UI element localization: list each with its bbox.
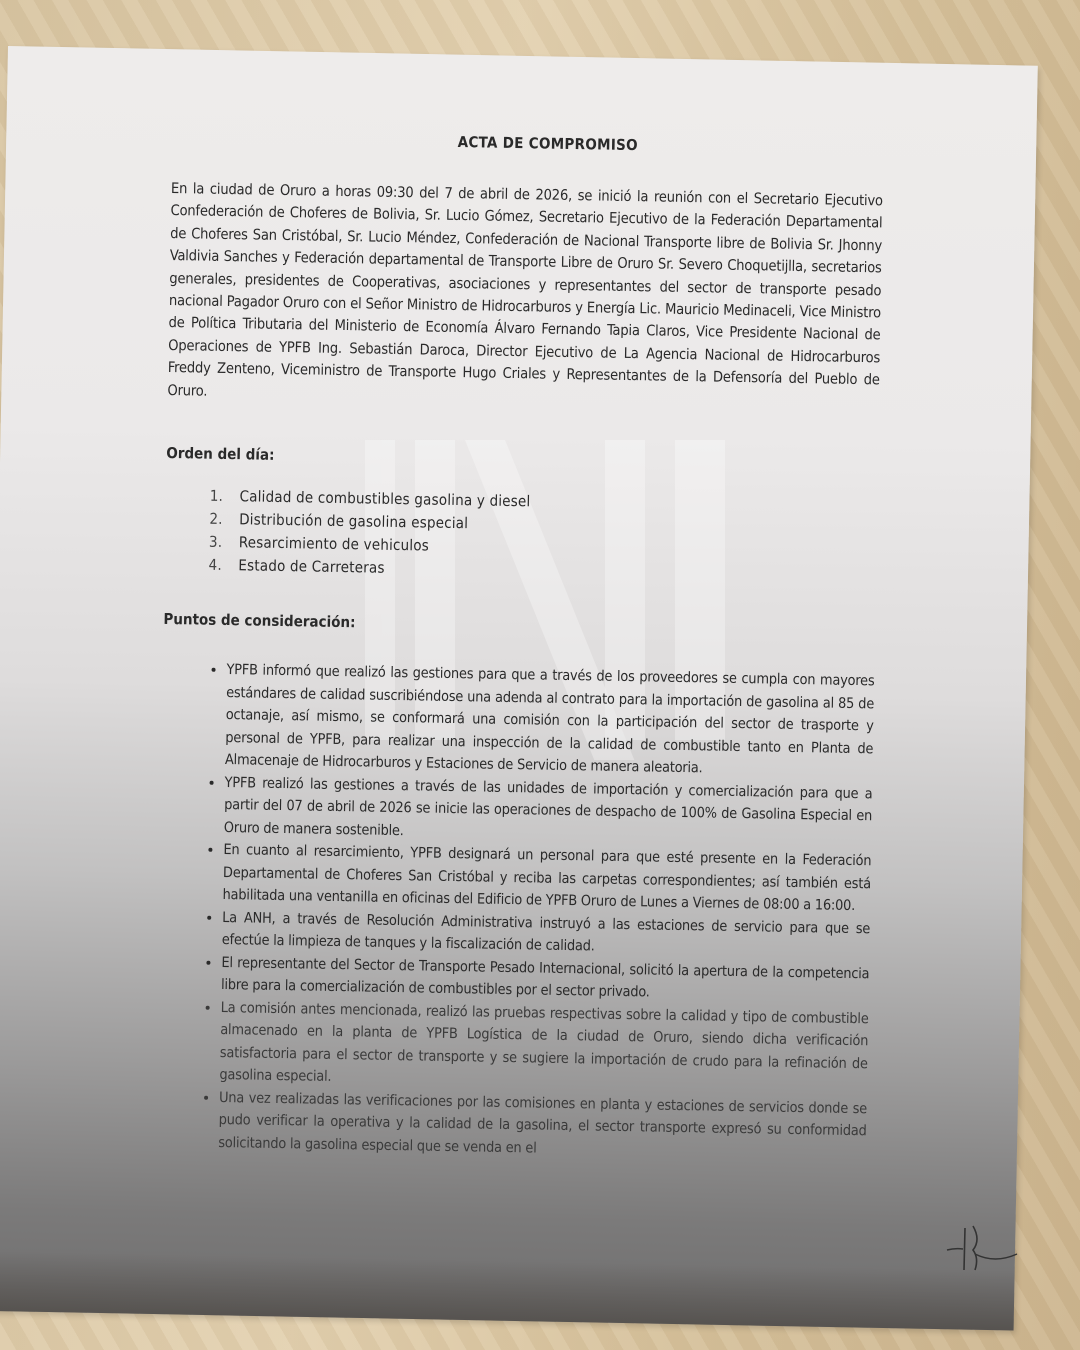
- agenda-list: Calidad de combustibles gasolina y diese…: [164, 484, 877, 588]
- agenda-heading: Orden del día:: [166, 444, 878, 474]
- point-item: La comisión antes mencionada, realizó la…: [219, 997, 868, 1098]
- point-item: En cuanto al resarcimiento, YPFB designa…: [222, 839, 871, 918]
- intro-paragraph: En la ciudad de Oruro a horas 09:30 del …: [167, 178, 883, 414]
- points-heading: Puntos de consideración:: [163, 610, 875, 640]
- points-list: YPFB informó que realizó las gestiones p…: [154, 658, 875, 1165]
- point-item: YPFB realizó las gestiones a través de l…: [224, 772, 873, 851]
- document-body: ACTA DE COMPROMISO En la ciudad de Oruro…: [154, 128, 884, 1165]
- point-item: YPFB informó que realizó las gestiones p…: [225, 659, 875, 783]
- point-item: Una vez realizadas las verificaciones po…: [218, 1087, 867, 1166]
- signature-mark-icon: [945, 1218, 1025, 1278]
